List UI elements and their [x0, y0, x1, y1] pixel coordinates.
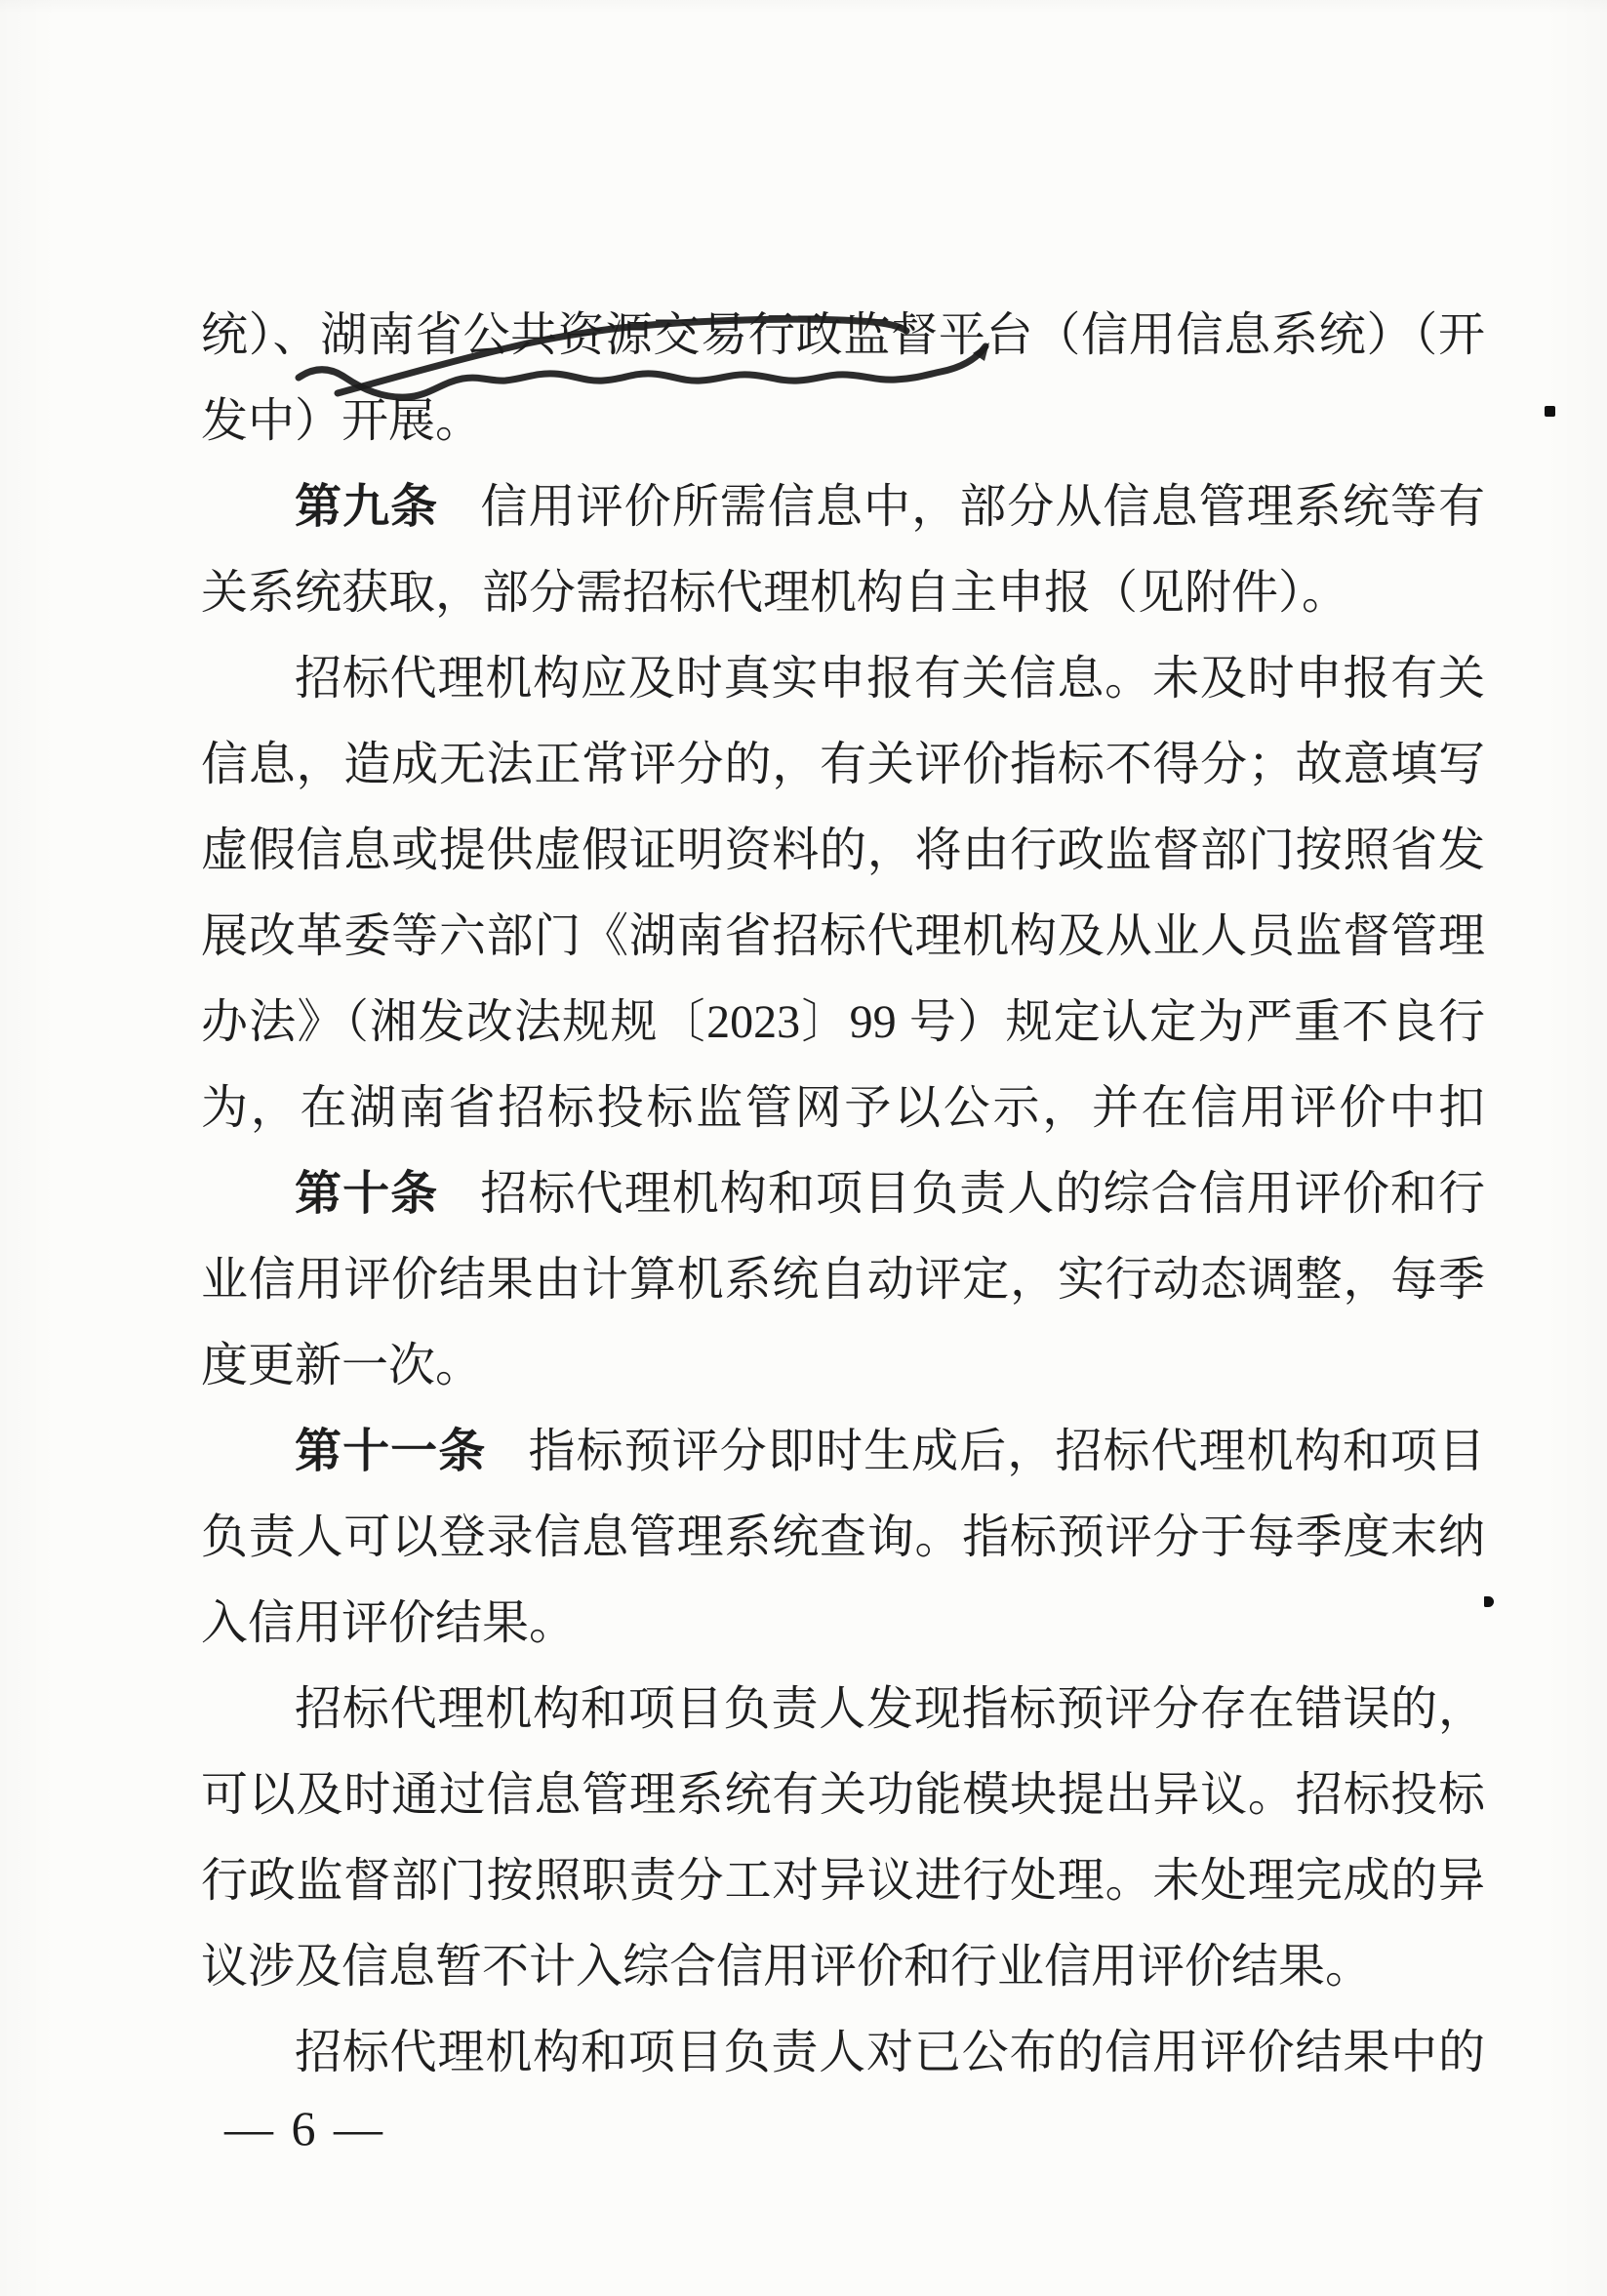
line-text: 发中）开展。 [201, 395, 482, 447]
text-line: 展改革委等六部门《湖南省招标代理机构及从业人员监督管理 [201, 894, 1485, 980]
line-text: 行政监督部门按照职责分工对异议进行处理。未处理完成的异 [201, 1855, 1485, 1907]
line-text: 度更新一次。 [201, 1340, 482, 1391]
line-text: 指标预评分即时生成后，招标代理机构和项目 [529, 1426, 1485, 1477]
line-text: 可以及时通过信息管理系统有关功能模块提出异议。招标投标 [201, 1769, 1485, 1821]
line-text: 招标代理机构和项目负责人发现指标预评分存在错误的， [295, 1683, 1485, 1735]
article-heading: 第九条 [295, 481, 438, 533]
line-text: 信用评价所需信息中，部分从信息管理系统等有 [480, 481, 1485, 533]
document-body: 统）、湖南省公共资源交易行政监督平台（信用信息系统）（开 发中）开展。 第九条信… [201, 293, 1485, 2096]
text-line: 虚假信息或提供虚假证明资料的，将由行政监督部门按照省发 [201, 808, 1485, 894]
line-text: 统）、湖南省公共资源交易行政监督平台（信用信息系统）（开 [201, 309, 1485, 361]
line-text: 招标代理机构应及时真实申报有关信息。未及时申报有关 [295, 653, 1485, 705]
line-text: 信息，造成无法正常评分的，有关评价指标不得分；故意填写 [201, 739, 1485, 790]
text-line: 招标代理机构和项目负责人对已公布的信用评价结果中的 [201, 2010, 1485, 2096]
text-line: 发中）开展。 [201, 379, 1485, 464]
line-text: 议涉及信息暂不计入综合信用评价和行业信用评价结果。 [201, 1941, 1372, 1993]
text-line: 为，在湖南省招标投标监管网予以公示，并在信用评价中扣分。 [201, 1066, 1485, 1151]
text-line: 信息，造成无法正常评分的，有关评价指标不得分；故意填写 [201, 722, 1485, 808]
scan-speck [1484, 1596, 1494, 1607]
text-line: 统）、湖南省公共资源交易行政监督平台（信用信息系统）（开 [201, 293, 1485, 379]
text-line: 业信用评价结果由计算机系统自动评定，实行动态调整，每季 [201, 1237, 1485, 1323]
article-heading: 第十条 [295, 1168, 438, 1220]
line-text: 负责人可以登录信息管理系统查询。指标预评分于每季度末纳 [201, 1511, 1485, 1563]
line-text: 招标代理机构和项目负责人的综合信用评价和行 [480, 1168, 1485, 1220]
text-line: 可以及时通过信息管理系统有关功能模块提出异议。招标投标 [201, 1752, 1485, 1838]
article-heading: 第十一条 [295, 1426, 486, 1477]
text-line: 议涉及信息暂不计入综合信用评价和行业信用评价结果。 [201, 1924, 1485, 2010]
text-line: 办法》（湘发改法规规〔2023〕99 号）规定认定为严重不良行 [201, 980, 1485, 1066]
line-text: 展改革委等六部门《湖南省招标代理机构及从业人员监督管理 [201, 910, 1485, 962]
line-text: 虚假信息或提供虚假证明资料的，将由行政监督部门按照省发 [201, 825, 1485, 876]
text-line: 行政监督部门按照职责分工对异议进行处理。未处理完成的异 [201, 1838, 1485, 1924]
text-line: 负责人可以登录信息管理系统查询。指标预评分于每季度末纳 [201, 1495, 1485, 1581]
line-text: 办法》（湘发改法规规〔2023〕99 号）规定认定为严重不良行 [201, 996, 1485, 1048]
document-page: 统）、湖南省公共资源交易行政监督平台（信用信息系统）（开 发中）开展。 第九条信… [0, 0, 1607, 2296]
text-line: 度更新一次。 [201, 1323, 1485, 1409]
scan-speck [1545, 406, 1555, 417]
line-text: 为，在湖南省招标投标监管网予以公示，并在信用评价中扣分。 [201, 1082, 1485, 1151]
line-text: 业信用评价结果由计算机系统自动评定，实行动态调整，每季 [201, 1254, 1485, 1306]
line-text: 入信用评价结果。 [201, 1597, 576, 1649]
line-text: 关系统获取，部分需招标代理机构自主申报（见附件）。 [201, 567, 1348, 619]
page-number: — 6 — [224, 2101, 385, 2155]
text-line: 招标代理机构和项目负责人发现指标预评分存在错误的， [201, 1667, 1485, 1752]
text-line: 入信用评价结果。 [201, 1581, 1485, 1667]
text-line: 关系统获取，部分需招标代理机构自主申报（见附件）。 [201, 550, 1485, 636]
text-line: 招标代理机构应及时真实申报有关信息。未及时申报有关 [201, 636, 1485, 722]
line-text: 招标代理机构和项目负责人对已公布的信用评价结果中的 [295, 2027, 1485, 2078]
text-line: 第九条信用评价所需信息中，部分从信息管理系统等有 [201, 464, 1485, 550]
text-line: 第十一条指标预评分即时生成后，招标代理机构和项目 [201, 1409, 1485, 1495]
text-line: 第十条招标代理机构和项目负责人的综合信用评价和行 [201, 1151, 1485, 1237]
page-footer: — 6 — [224, 2094, 385, 2162]
